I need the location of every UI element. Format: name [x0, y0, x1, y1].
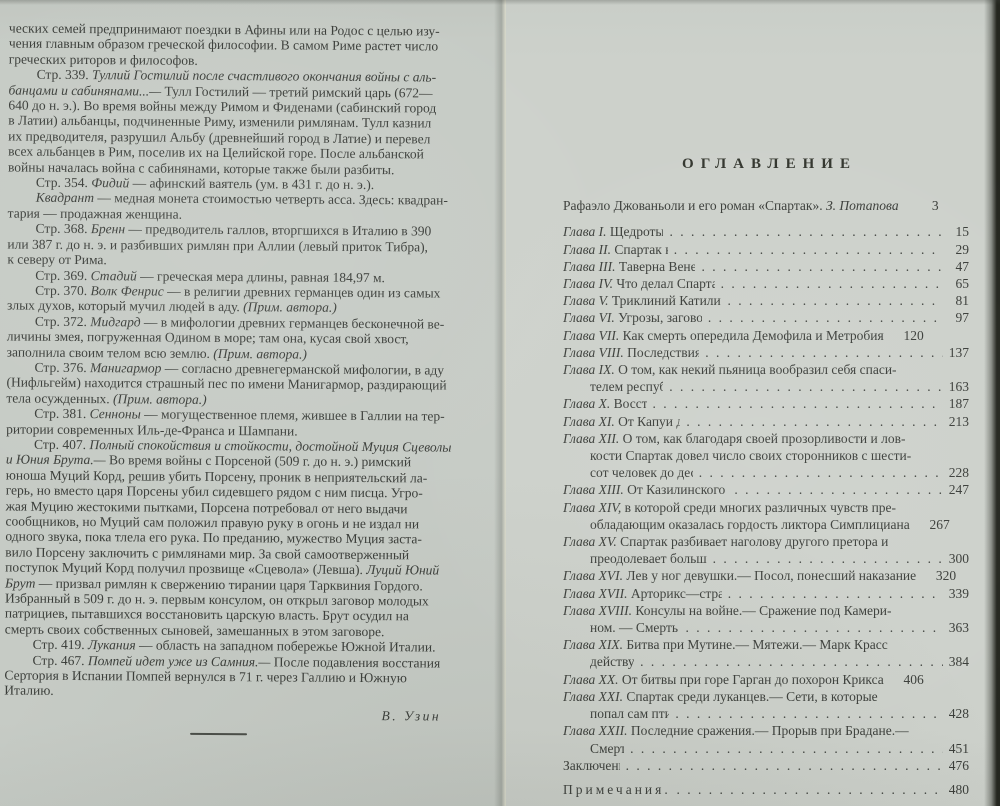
toc-line: Глава XVII. Арторикс—странствующий фокус… [563, 585, 969, 602]
text-segment: Стр. 467. [32, 652, 88, 667]
toc-page-number: 320 [930, 567, 956, 584]
toc-entry: Глава XI. От Капуи до Везувия213 [563, 413, 969, 430]
toc-page-number: 81 [943, 292, 969, 309]
toc-entries: Рафаэло Джованьоли и его роман «Спартак»… [563, 197, 969, 798]
dot-leader [715, 275, 943, 292]
toc-line: преодолевает большие искушения300 [563, 550, 969, 567]
text-segment: Глава II. [563, 242, 614, 257]
dot-leader [663, 223, 943, 240]
text-segment: Заключение [563, 758, 620, 773]
toc-entry: Рафаэло Джованьоли и его роман «Спартак»… [563, 197, 969, 214]
toc-line: Глава VIII. Последствия смерти Суллы137 [563, 344, 969, 361]
text-segment: Глава XIII. [563, 482, 627, 497]
toc-line: Смерть451 [563, 740, 969, 757]
toc-entry-text: преодолевает большие искушения [563, 550, 707, 567]
section-divider [190, 733, 247, 735]
right-page: ОГЛАВЛЕНИЕ Рафаэло Джованьоли и его рома… [506, 0, 1000, 806]
toc-page-number: 451 [943, 740, 969, 757]
toc-entry: Глава XXII. Последние сражения.— Прорыв … [563, 722, 969, 756]
toc-page-number: 97 [943, 309, 969, 326]
toc-entry: Глава XIV, в которой среди многих различ… [563, 499, 969, 533]
text-segment: — согласно древнегерманской мифологии, в… [161, 361, 444, 378]
text-segment: Спартак среди луканцев.— Сети, в которые [626, 689, 877, 704]
text-segment: Тулл Гостилий — третий римский царь (672… [164, 83, 432, 100]
toc-page-number: 120 [898, 327, 924, 344]
text-segment: Квадрант [36, 190, 94, 205]
text-segment: О том, как некий пьяница вообразил себя … [618, 362, 896, 377]
toc-entry: Глава XV. Спартак разбивает наголову дру… [563, 533, 969, 567]
toc-line: ном. — Смерть Эномая363 [563, 619, 969, 636]
text-segment: Глава XIV, [563, 500, 621, 515]
toc-line: Глава IV. Что делал Спартак, получив сво… [563, 275, 969, 292]
toc-entry-text: ном. — Смерть Эномая [563, 619, 679, 636]
text-segment: О том, как благодаря своей прозорливости… [623, 431, 906, 446]
text-segment: Битва при Мутине.— Мятежи.— Марк Красс [626, 637, 887, 652]
toc-line: Глава XV. Спартак разбивает наголову дру… [563, 533, 969, 550]
text-segment: Стр. 369. [35, 267, 91, 282]
text-segment: Стр. 339. [37, 67, 93, 82]
text-segment: Триклиний Катилины и конклав Валерии [612, 293, 722, 308]
dot-leader [699, 344, 943, 361]
toc-line: сот человек до десяти тысяч228 [563, 464, 969, 481]
text-segment: Глава XXI. [563, 689, 626, 704]
toc-line: попал сам птицелов428 [563, 705, 969, 722]
toc-entry-text: Глава XIX. Битва при Мутине.— Мятежи.— М… [563, 636, 888, 653]
toc-line: Глава XIV, в которой среди многих различ… [563, 499, 969, 516]
text-segment: Фидий [91, 175, 129, 190]
toc-entry-text: Глава XVIII. Консулы на войне.— Сражение… [563, 602, 892, 619]
toc-entry: Глава V. Триклиний Катилины и конклав Ва… [563, 292, 969, 309]
toc-entry: Глава III. Таверна Венеры Либитины47 [563, 258, 969, 275]
dot-leader [680, 413, 943, 430]
toc-entry-text: Глава XI. От Капуи до Везувия [563, 413, 680, 430]
text-segment: Спартак разбивает наголову другого прето… [620, 534, 888, 549]
text-segment: кости Спартак довел число своих сторонни… [590, 448, 911, 463]
toc-entry-text: Глава XXII. Последние сражения.— Прорыв … [563, 722, 909, 739]
toc-line: Глава II. Спартак на арене29 [563, 241, 969, 258]
text-segment: действует [590, 654, 634, 669]
toc-entry-text: Глава XVII. Арторикс—странствующий фокус… [563, 585, 722, 602]
toc-entry-text: обладающим оказалась гордость ликтора Си… [563, 516, 910, 533]
text-segment: обладающим оказалась гордость ликтора Си… [590, 517, 910, 532]
text-segment: ном. — Смерть Эномая [590, 620, 679, 635]
toc-entry-text: кости Спартак довел число своих сторонни… [563, 447, 911, 464]
author-signature: В. Узин [4, 705, 501, 724]
toc-entry-text: Глава IV. Что делал Спартак, получив сво… [563, 275, 715, 292]
text-segment: Глава XVIII. [563, 603, 635, 618]
toc-entry: Глава II. Спартак на арене29 [563, 241, 969, 258]
toc-page-number: 384 [943, 653, 969, 670]
left-page-text: ческих семей предпринимают поездки в Афи… [4, 21, 506, 738]
toc-entry-text: Глава VIII. Последствия смерти Суллы [563, 344, 699, 361]
text-segment: — область на западном побережье Южной Ит… [136, 638, 436, 655]
text-segment: банцами и сабинянами...— [8, 82, 164, 98]
toc-entry-text: Глава VI. Угрозы, заговоры и опасности [563, 309, 702, 326]
toc-line: обладающим оказалась гордость ликтора Си… [563, 516, 969, 533]
dot-leader [721, 292, 943, 309]
toc-entry: Глава XVIII. Консулы на войне.— Сражение… [563, 602, 969, 636]
toc-title: ОГЛАВЛЕНИЕ [563, 156, 969, 173]
toc-page-number: 3 [913, 197, 939, 214]
text-segment: Стр. 372. [35, 313, 91, 328]
toc-page-number: 363 [943, 619, 969, 636]
toc-entry: Примечания. В. Узин480 [563, 781, 969, 798]
text-segment: Глава V. [563, 293, 612, 308]
text-segment: З. Потапова [826, 198, 899, 213]
text-segment: Лев у ног девушки.— Посол, понесший нака… [626, 568, 916, 583]
text-segment: Мидгард [90, 314, 140, 329]
dot-leader [702, 309, 943, 326]
text-segment: Глава XX. [563, 672, 622, 687]
toc-entry: Глава VII. Как смерть опередила Демофила… [563, 327, 969, 344]
dot-leader [624, 740, 943, 757]
text-segment: и Юния Брута.— [6, 452, 109, 468]
toc-entry-text: Глава XV. Спартак разбивает наголову дру… [563, 533, 888, 550]
toc-entry-text: Глава XXI. Спартак среди луканцев.— Сети… [563, 688, 878, 705]
text-segment: — в мифологии древних германцев бесконеч… [141, 314, 445, 331]
toc-line: Глава V. Триклиний Катилины и конклав Ва… [563, 292, 969, 309]
toc-entry-text: Рафаэло Джованьоли и его роман «Спартак»… [563, 197, 899, 214]
toc-line: Глава XXII. Последние сражения.— Прорыв … [563, 722, 969, 739]
toc-entry: Глава XII. О том, как благодаря своей пр… [563, 430, 969, 482]
text-segment: Глава I. [563, 224, 610, 239]
text-segment: Спартак на арене [614, 242, 667, 257]
text-segment: Последствия смерти Суллы [627, 345, 699, 360]
text-segment: Глава XVII. [563, 586, 631, 601]
table-of-contents: ОГЛАВЛЕНИЕ Рафаэло Джованьоли и его рома… [563, 156, 969, 798]
text-segment: Таверна Венеры Либитины [619, 259, 696, 274]
dot-leader [663, 378, 943, 395]
toc-page-number: 267 [924, 516, 950, 533]
dot-leader [695, 258, 943, 275]
text-segment: Глава VI. [563, 310, 618, 325]
text-segment: Последние сражения.— Прорыв при Брадане.… [631, 723, 909, 738]
toc-line: Примечания. В. Узин480 [563, 781, 969, 798]
text-segment: Лукания [88, 637, 136, 652]
text-segment: Примечания. [563, 782, 670, 797]
toc-line: Глава XX. От битвы при горе Гарган до по… [563, 671, 969, 688]
text-segment: Стадий [91, 268, 137, 283]
toc-entry: Глава XX. От битвы при горе Гарган до по… [563, 671, 969, 688]
toc-line: Заключение476 [563, 757, 969, 774]
toc-entry-text: Примечания. В. Узин [563, 781, 670, 798]
dot-leader [728, 481, 943, 498]
text-segment: Стр. 376. [35, 360, 91, 375]
text-segment: — в религии древних германцев один из са… [164, 284, 441, 301]
toc-entry: Заключение476 [563, 757, 969, 774]
text-segment: Италию. [4, 683, 53, 698]
toc-line: кости Спартак довел число своих сторонни… [563, 447, 969, 464]
toc-entry-text: Глава VII. Как смерть опередила Демофила… [563, 327, 884, 344]
text-segment: Глава XVI. [563, 568, 626, 583]
text-segment: Глава VII. [563, 328, 623, 343]
text-segment: — могущественное племя, жившее в Галлии … [141, 407, 445, 424]
dot-leader [620, 757, 943, 774]
text-segment: (Прим. автора.) [243, 299, 337, 315]
toc-entry-text: действует [563, 653, 634, 670]
toc-entry: Глава VIII. Последствия смерти Суллы137 [563, 344, 969, 361]
toc-entry: Глава XXI. Спартак среди луканцев.— Сети… [563, 688, 969, 722]
dot-leader [707, 550, 943, 567]
toc-entry-text: Глава IX. О том, как некий пьяница вообр… [563, 361, 897, 378]
text-segment: в которой среди многих различных чувств … [621, 500, 896, 515]
toc-entry-text: Глава XIII. От Казилинского до Аквинског… [563, 481, 728, 498]
text-segment: — греческая мера длины, равная 184,97 м. [137, 268, 385, 285]
toc-line: Глава III. Таверна Венеры Либитины47 [563, 258, 969, 275]
toc-entry: Глава XVII. Арторикс—странствующий фокус… [563, 585, 969, 602]
text-segment: заполнила своим телом всю землю. [7, 344, 214, 360]
text-segment: Щедроты Суллы [610, 224, 664, 239]
toc-entry: Глава XIX. Битва при Мутине.— Мятежи.— М… [563, 636, 969, 670]
toc-page-number: 480 [943, 781, 969, 798]
toc-page-number: 228 [943, 464, 969, 481]
dot-leader [647, 395, 944, 412]
toc-entry: Глава X. Восстание187 [563, 395, 969, 412]
toc-page-number: 29 [943, 241, 969, 258]
text-segment: Глава XV. [563, 534, 620, 549]
text-segment: (Прим. автора.) [113, 391, 207, 407]
toc-line: Глава XVI. Лев у ног девушки.— Посол, по… [563, 567, 969, 584]
text-segment: Помпей идет уже из Самния.— [88, 653, 274, 669]
text-segment: Глава X. [563, 396, 614, 411]
text-segment: Манигармор [90, 360, 162, 375]
text-segment: — афинский ваятель (ум. в 431 г. до н. э… [129, 175, 374, 192]
text-line: Италию. [4, 683, 501, 702]
text-segment: Арторикс—странствующий фокусник [631, 586, 722, 601]
toc-entry-text: Смерть [563, 740, 624, 757]
toc-page-number: 15 [943, 223, 969, 240]
toc-page-number: 476 [943, 757, 969, 774]
toc-entry: Глава I. Щедроты Суллы15 [563, 223, 969, 240]
toc-entry: Глава XVI. Лев у ног девушки.— Посол, по… [563, 567, 969, 584]
text-segment: Глава XXII. [563, 723, 631, 738]
toc-page-number: 428 [943, 705, 969, 722]
toc-line: Глава IX. О том, как некий пьяница вообр… [563, 361, 969, 378]
toc-entry-text: Глава XX. От битвы при горе Гарган до по… [563, 671, 884, 688]
text-segment: сот человек до десяти тысяч [590, 465, 693, 480]
text-segment: Глава XII. [563, 431, 623, 446]
toc-entry-text: Заключение [563, 757, 620, 774]
toc-entry-text: Глава XIV, в которой среди многих различ… [563, 499, 896, 516]
toc-line: Глава XI. От Капуи до Везувия213 [563, 413, 969, 430]
text-segment: Брут [5, 575, 35, 590]
text-segment: Глава XIX. [563, 637, 626, 652]
left-page: ческих семей предпринимают поездки в Афи… [0, 0, 506, 806]
text-segment: к северу от Рима. [7, 252, 107, 268]
text-segment: Луций Юний [366, 562, 439, 578]
toc-entry-text: Глава X. Восстание [563, 395, 647, 412]
toc-page-number: 247 [943, 481, 969, 498]
toc-page-number: 163 [943, 378, 969, 395]
text-segment: Глава III. [563, 259, 619, 274]
toc-page-number: 65 [943, 275, 969, 292]
toc-entry-text: телем республики [563, 378, 663, 395]
toc-page-number: 339 [943, 585, 969, 602]
text-segment: телем республики [590, 379, 663, 394]
text-segment: Как смерть опередила Демофила и Метробия [623, 328, 884, 343]
text-segment: Стр. 419. [33, 637, 89, 652]
toc-line: Рафаэло Джованьоли и его роман «Спартак»… [563, 197, 969, 214]
toc-entry-text: Глава XVI. Лев у ног девушки.— Посол, по… [563, 567, 916, 584]
toc-line: Глава I. Щедроты Суллы15 [563, 223, 969, 240]
toc-line: Глава VI. Угрозы, заговоры и опасности97 [563, 309, 969, 326]
text-segment: Глава IX. [563, 362, 618, 377]
dot-leader [634, 653, 943, 670]
dot-leader [679, 619, 943, 636]
toc-page-number: 300 [943, 550, 969, 567]
text-segment: Глава VIII. [563, 345, 627, 360]
toc-line: Глава XII. О том, как благодаря своей пр… [563, 430, 969, 447]
text-segment: От Капуи до Везувия [618, 414, 680, 429]
text-segment: Бренн [91, 221, 125, 236]
toc-entry: Глава IV. Что делал Спартак, получив сво… [563, 275, 969, 292]
dot-leader [669, 705, 943, 722]
text-segment: Стр. 407. [34, 437, 90, 452]
dot-leader [670, 781, 943, 798]
text-segment: Стр. 381. [34, 406, 90, 421]
text-segment: тела осужденных. [6, 390, 113, 406]
text-segment: Смерть [590, 741, 624, 756]
toc-line: Глава XIII. От Казилинского до Аквинског… [563, 481, 969, 498]
text-segment: От Казилинского до Аквинского сражения [627, 482, 728, 497]
text-segment: Глава XI. [563, 414, 618, 429]
toc-line: Глава X. Восстание187 [563, 395, 969, 412]
text-segment: Волк Фенрис [90, 283, 163, 299]
text-segment: После подавления восстания [274, 654, 441, 670]
toc-line: действует384 [563, 653, 969, 670]
text-segment: Глава IV. [563, 276, 616, 291]
toc-entry-text: сот человек до десяти тысяч [563, 464, 693, 481]
book-scan: ческих семей предпринимают поездки в Афи… [0, 0, 1000, 806]
toc-entry: Глава XIII. От Казилинского до Аквинског… [563, 481, 969, 498]
toc-entry-text: Глава III. Таверна Венеры Либитины [563, 258, 695, 275]
text-segment: — предводитель галлов, вторгшихся в Итал… [125, 222, 431, 239]
toc-page-number: 406 [898, 671, 924, 688]
text-segment: Стр. 368. [36, 221, 92, 236]
toc-entry-text: Глава XII. О том, как благодаря своей пр… [563, 430, 905, 447]
dot-leader [668, 241, 943, 258]
text-segment: Стр. 370. [35, 283, 91, 298]
toc-entry-text: Глава II. Спартак на арене [563, 241, 668, 258]
toc-page-number: 47 [943, 258, 969, 275]
toc-entry: Глава IX. О том, как некий пьяница вообр… [563, 361, 969, 395]
toc-line: Глава XVIII. Консулы на войне.— Сражение… [563, 602, 969, 619]
text-segment: Угрозы, заговоры и опасности [618, 310, 702, 325]
text-segment: Консулы на войне.— Сражение под Камери- [635, 603, 891, 618]
text-segment: (Прим. автора.) [213, 345, 307, 361]
text-segment: преодолевает большие искушения [590, 551, 707, 566]
toc-line: Глава VII. Как смерть опередила Демофила… [563, 327, 969, 344]
text-segment: Сертория в Испании Помпей вернулся в 71 … [4, 668, 407, 686]
dot-leader [722, 585, 943, 602]
text-segment: злых духов, который мучил людей в аду. [7, 298, 243, 315]
toc-page-number: 187 [943, 395, 969, 412]
text-segment: тария — продажная женщина. [8, 205, 183, 221]
text-segment: Сенноны [90, 406, 141, 421]
text-segment: Стр. 354. [36, 175, 92, 190]
toc-line: Глава XXI. Спартак среди луканцев.— Сети… [563, 688, 969, 705]
toc-entry-text: Глава V. Триклиний Катилины и конклав Ва… [563, 292, 721, 309]
text-segment: Во время войны с Порсеной (509 г. до н. … [109, 453, 411, 470]
text-segment: греческих риторов и философов. [9, 51, 198, 67]
toc-line: телем республики163 [563, 378, 969, 395]
toc-entry-text: Глава I. Щедроты Суллы [563, 223, 663, 240]
text-segment: От битвы при горе Гарган до похорон Крик… [622, 672, 884, 687]
text-segment: Восстание [614, 396, 647, 411]
text-segment: Что делал Спартак, получив свободу [616, 276, 714, 291]
dot-leader [693, 464, 943, 481]
toc-entry: Глава VI. Угрозы, заговоры и опасности97 [563, 309, 969, 326]
toc-line: Глава XIX. Битва при Мутине.— Мятежи.— М… [563, 636, 969, 653]
toc-page-number: 137 [943, 344, 969, 361]
text-segment: Рафаэло Джованьоли и его роман «Спартак»… [563, 198, 826, 213]
toc-page-number: 213 [943, 413, 969, 430]
text-segment: ритории современных Иль-де-Франса и Шамп… [6, 421, 298, 438]
toc-entry-text: попал сам птицелов [563, 705, 669, 722]
text-segment: попал сам птицелов [590, 706, 669, 721]
